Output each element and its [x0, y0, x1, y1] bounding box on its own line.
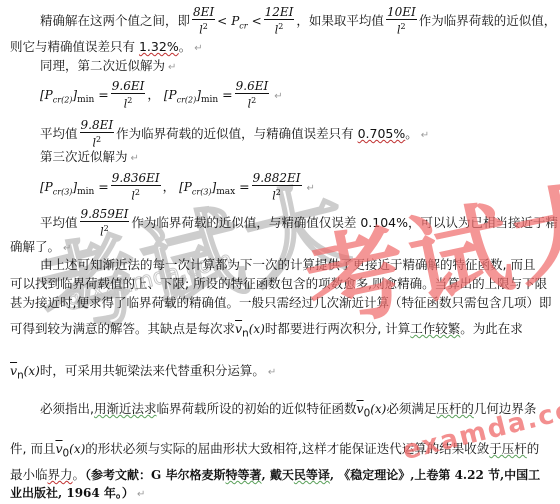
- lt-sign: <: [217, 14, 227, 28]
- exp: 2: [96, 135, 101, 144]
- text: 工作较繁: [410, 321, 460, 336]
- exp: 2: [276, 188, 281, 197]
- text: 作为临界荷载的近似值，: [419, 13, 557, 28]
- text: 甚为接近时,便求得了临界荷载的精确值。一般只需经过几次渐近计算（特征函数只需包含…: [10, 295, 551, 310]
- numerator: 9.6EI: [235, 80, 270, 94]
- ref-text: 特等著: [225, 468, 261, 482]
- p5-line3: 最小临界力。（参考文献：G 毕尔格麦斯特等著, 戴天民等译, 《稳定理论》,上卷…: [10, 466, 540, 484]
- denominator: l2: [124, 94, 133, 111]
- fraction-9-859ei: 9.859EIl2: [80, 208, 130, 239]
- text: 平均值: [40, 215, 78, 230]
- paragraph-mark-icon: ↵: [307, 183, 315, 194]
- x-arg: (x): [249, 322, 265, 336]
- numerator: 9.882EI: [252, 172, 302, 186]
- denominator: l2: [248, 94, 257, 111]
- p2-title: 同理，第二次近似解为↵: [40, 57, 176, 77]
- error-percent: 1.32%: [139, 39, 179, 54]
- v-bar-n: v: [10, 363, 17, 378]
- text: 临界荷载所设的初始的近似特征函数: [157, 401, 357, 416]
- text: 压杆的: [436, 401, 474, 416]
- p3-title: 第三次近似解为↵: [40, 148, 139, 168]
- p2-average: 平均值9.8EIl2作为临界荷载的近似值，与精确值误差只有 0.705%。↵: [40, 119, 429, 150]
- text: ，如果取平均值: [296, 13, 384, 28]
- text: 用渐近法求: [94, 401, 157, 416]
- x-arg: (x): [69, 442, 85, 456]
- p4-line1: 由上述可知渐近法的每一次计算都为下一次的计算提供了更接近于精确解的特征函数, 而…: [40, 256, 535, 274]
- v-var: v: [55, 441, 62, 456]
- separator: ，: [163, 179, 176, 194]
- lt-sign: <: [252, 14, 262, 28]
- sub: cr(2): [53, 95, 73, 104]
- text: 时都要进行两次积分, 计算: [265, 321, 410, 336]
- text: 几何边界条: [474, 401, 537, 416]
- numerator: 12EI: [264, 6, 295, 20]
- bracket-p: [P: [40, 180, 53, 194]
- fraction-9-836ei: 9.836EIl2: [111, 172, 161, 203]
- reference-citation-end: 业出版社, 1964 年。）: [10, 486, 134, 500]
- pcr-symbol: Pcr: [231, 14, 247, 28]
- numerator: 10EI: [386, 6, 417, 20]
- pcr2-min-label: [Pcr(2)]min: [40, 88, 94, 102]
- p2-equations: [Pcr(2)]min =9.6EIl2， [Pcr(2)]min =9.6EI…: [40, 80, 283, 111]
- text: 确解了。: [10, 239, 60, 254]
- v-bar-0: v: [357, 401, 364, 416]
- min-sub: min: [201, 95, 218, 105]
- fraction-12ei: 12EIl2: [264, 6, 295, 37]
- min-sub: min: [77, 95, 94, 105]
- exp: 2: [127, 96, 132, 105]
- p4-line4: 可得到较为满意的解答。其缺点是每次求vn(x)时都要进行两次积分, 计算工作较繁…: [10, 320, 523, 343]
- cr-sub: cr: [239, 21, 247, 30]
- numerator: 9.8EI: [80, 119, 115, 133]
- exp: 2: [104, 224, 109, 233]
- numerator: 9.859EI: [80, 208, 130, 222]
- numerator: 9.6EI: [111, 80, 146, 94]
- text: 第三次近似解为: [40, 149, 128, 164]
- text: 可得到较为满意的解答。其缺点是每次求: [10, 321, 235, 336]
- numerator: 9.836EI: [111, 172, 161, 186]
- bracket-p: [P: [179, 180, 192, 194]
- denominator: l2: [199, 20, 208, 37]
- p5-line4: 业出版社, 1964 年。）↵: [10, 484, 145, 504]
- paragraph-mark-icon: ↵: [274, 91, 282, 102]
- min-sub: min: [77, 187, 94, 197]
- fraction-10ei: 10EIl2: [386, 6, 417, 37]
- text: 最小临: [10, 467, 48, 482]
- p5-line2: 件, 而且v0(x)的形状必须与实际的屈曲形状大致相符,这样才能保证迭代运算的结…: [10, 440, 539, 463]
- fraction-9-6ei: 9.6EIl2: [235, 80, 270, 111]
- text: 同理，第二次近似解为: [40, 58, 165, 73]
- text: 作为临界荷载的近似值，与精确值仅误差 0.104%，可以认为已相当接近于精: [131, 215, 558, 230]
- text: 。: [405, 126, 418, 141]
- error-percent: 0.705%: [358, 126, 406, 141]
- denominator: l2: [275, 20, 284, 37]
- text: 。: [73, 467, 86, 482]
- paragraph-mark-icon: ↵: [131, 153, 139, 164]
- fraction-8ei: 8EIl2: [192, 6, 215, 37]
- denominator: l2: [100, 222, 109, 239]
- text: 作为临界荷载的近似值，与精确值误差只有: [116, 126, 357, 141]
- bracket-p: [P: [164, 88, 177, 102]
- bracket-p: [P: [40, 88, 53, 102]
- fraction-9-882ei: 9.882EIl2: [252, 172, 302, 203]
- paragraph-mark-icon: ↵: [63, 243, 71, 254]
- v-var: v: [357, 401, 364, 416]
- ref-text: , 戴天: [262, 468, 294, 482]
- text: 的形状必须与实际的屈曲形状大致相符,这样才能保证迭代运算的结果收敛: [85, 441, 489, 456]
- reference-citation: （参考文献：G 毕尔格麦斯特等著, 戴天民等译, 《稳定理论》,上卷第 4.22…: [85, 468, 540, 482]
- text: 精确解在这两个值之间，即: [40, 13, 190, 28]
- text: 时，可采用共轭梁法来代替重积分运算。: [40, 363, 265, 378]
- sub: cr(3): [53, 187, 73, 196]
- text: 的: [527, 441, 540, 456]
- max-sub: max: [216, 187, 235, 197]
- p4-line5: vn(x)时，可采用共轭梁法来代替重积分运算。↵: [10, 362, 276, 385]
- text: 由上述可知渐近法的每一次计算都为下一次的计算提供了更接近于精确解的特征函数, 而…: [40, 257, 535, 272]
- x-arg: (x): [24, 364, 40, 378]
- fraction-9-8ei: 9.8EIl2: [80, 119, 115, 150]
- ref-text: （参考文献：G 毕尔格麦斯: [85, 468, 225, 482]
- exp: 2: [401, 22, 406, 31]
- exp: 2: [278, 22, 283, 31]
- fraction-9-6ei: 9.6EIl2: [111, 80, 146, 111]
- ref-text: , 《稳定理论》,上卷第 4.22 节,中国工: [330, 468, 540, 482]
- x-arg: (x): [370, 402, 386, 416]
- text: 界力: [48, 467, 73, 482]
- text: 。: [179, 39, 192, 54]
- exp: 2: [203, 22, 208, 31]
- sub: cr(3): [192, 187, 212, 196]
- p5-line1: 必须指出,用渐近法求临界荷载所设的初始的近似特征函数v0(x)必须满足压杆的几何…: [40, 400, 536, 423]
- text: 可以找到临界荷载值的上、下限; 所设的特征函数包含的项数愈多,则愈精确。当算出的…: [10, 276, 547, 291]
- paragraph-mark-icon: ↵: [194, 43, 202, 54]
- exp: 2: [135, 188, 140, 197]
- text: 必须满足: [386, 401, 436, 416]
- v-var: v: [10, 363, 17, 378]
- numerator: 8EI: [192, 6, 215, 20]
- p4-line3: 甚为接近时,便求得了临界荷载的精确值。一般只需经过几次渐近计算（特征函数只需包含…: [10, 294, 551, 312]
- text: 必须指出,: [40, 401, 94, 416]
- sub: cr(2): [177, 95, 197, 104]
- pcr3-max-label: [Pcr(3)]max: [179, 180, 235, 194]
- n-sub: n: [242, 328, 249, 340]
- paragraph-mark-icon: ↵: [137, 489, 145, 500]
- denominator: l2: [397, 20, 406, 37]
- p4-line2: 可以找到临界荷载值的上、下限; 所设的特征函数包含的项数愈多,则愈精确。当算出的…: [10, 275, 547, 293]
- p1-line1: 精确解在这两个值之间，即8EIl2< Pcr <12EIl2，如果取平均值10E…: [40, 6, 556, 37]
- pcr3-min-label: [Pcr(3)]min: [40, 180, 94, 194]
- paragraph-mark-icon: ↵: [421, 130, 429, 141]
- n-sub: n: [17, 370, 24, 382]
- p3-equations: [Pcr(3)]min =9.836EIl2， [Pcr(3)]max =9.8…: [40, 172, 315, 203]
- v-bar-0: v: [55, 441, 62, 456]
- p3-average: 平均值9.859EIl2作为临界荷载的近似值，与精确值仅误差 0.104%，可以…: [40, 208, 558, 239]
- exp: 2: [251, 96, 256, 105]
- paragraph-mark-icon: ↵: [268, 367, 276, 378]
- text: 平均值: [40, 126, 78, 141]
- p3-line2: 确解了。↵: [10, 238, 71, 258]
- document-page: 考试大 @ Xanmda.com 精确解在这两个值之间，即8EIl2< Pcr …: [0, 0, 560, 504]
- text: 于压杆: [489, 441, 527, 456]
- text: 。为此在求: [460, 321, 523, 336]
- p1-line2: 则它与精确值误差只有 1.32%。↵: [10, 38, 203, 58]
- separator: ，: [147, 87, 160, 102]
- text: 则它与精确值误差只有: [10, 39, 139, 54]
- ref-text: 民等译: [294, 468, 330, 482]
- denominator: l2: [131, 186, 140, 203]
- text: 件, 而且: [10, 441, 55, 456]
- paragraph-mark-icon: ↵: [168, 62, 176, 73]
- denominator: l2: [272, 186, 281, 203]
- pcr2-min-label-b: [Pcr(2)]min: [164, 88, 218, 102]
